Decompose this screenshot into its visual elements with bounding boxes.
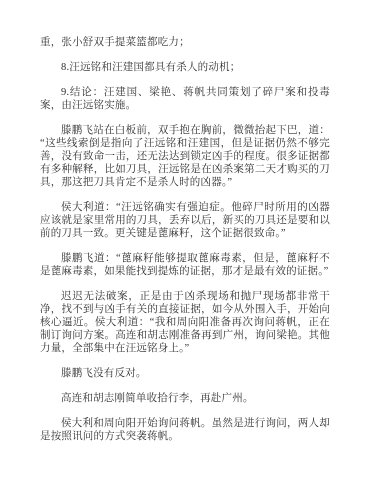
ebook-page: 重，张小舒双手提菜篮都吃力； 8.汪远铭和汪建国都具有杀人的动机； 9.结论：汪…: [0, 0, 370, 480]
paragraph: 8.汪远铭和汪建国都具有杀人的动机；: [40, 61, 330, 74]
paragraph: 侯大利和周向阳开始询问蒋帆。虽然是进行询问，两人却是按照讯问的方式突袭蒋帆。: [40, 417, 330, 443]
paragraph: 滕鹏飞站在白板前，双手抱在胸前，微微抬起下巴，道：“这些线索倒是指向了汪远铭和汪…: [40, 124, 330, 189]
paragraph: 高连和胡志刚简单收拾行李，再赴广州。: [40, 392, 330, 405]
paragraph: 滕鹏飞道：“蓖麻籽能够提取蓖麻毒素，但是，蓖麻籽不是蓖麻毒素，如果能找到提炼的证…: [40, 252, 330, 278]
paragraph: 滕鹏飞没有反对。: [40, 367, 330, 380]
paragraph: 侯大利道：“汪远铭确实有强迫症。他碎尸时所用的凶器应该就是家里常用的刀具，丢弃以…: [40, 201, 330, 240]
paragraph: 迟迟无法破案，正是由于凶杀现场和抛尸现场都非常干净，找不到与凶手有关的直接证据，…: [40, 290, 330, 355]
paragraph: 9.结论：汪建国、梁艳、蒋帆共同策划了碎尸案和投毒案，由汪远铭实施。: [40, 86, 330, 112]
paragraph: 重，张小舒双手提菜篮都吃力；: [40, 36, 330, 49]
